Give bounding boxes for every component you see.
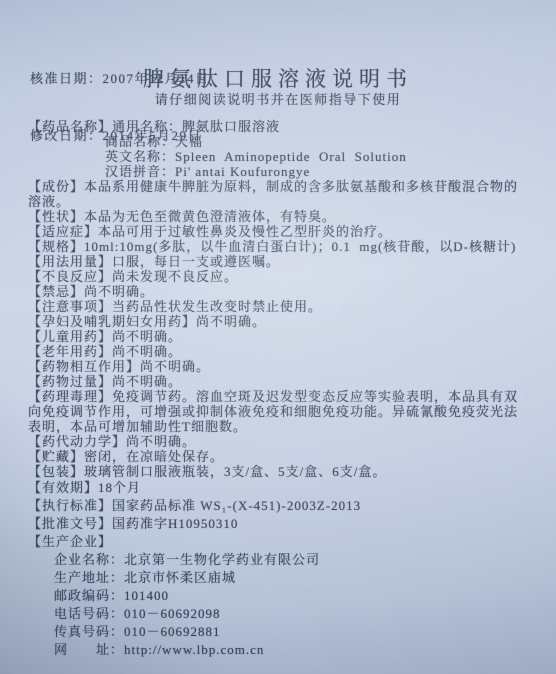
field-pharmacology: 【药理毒理】免疫调节药。溶血空斑及迟发型变态反应等实验表明，本品具有双 <box>28 389 540 404</box>
page-subtitle: 请仔细阅读说明书并在医师指导下使用 <box>0 89 556 108</box>
field-company-name: 企业名称：北京第一生物化学药业有限公司 <box>28 551 540 569</box>
field-storage: 【贮藏】密闭，在凉暗处保存。 <box>28 449 540 464</box>
field-website: 网 址：http://www.lbp.com.cn <box>28 641 540 659</box>
field-elderly-use: 【老年用药】尚不明确。 <box>28 344 540 359</box>
field-composition: 【成份】本品系用健康牛脾脏为原料，制成的含多肽氨基酸和多核苷酸混合物的 <box>28 179 540 194</box>
field-phone: 电话号码：010－60692098 <box>28 605 540 623</box>
field-children-use: 【儿童用药】尚不明确。 <box>28 329 540 344</box>
field-specification: 【规格】10ml:10mg(多肽，以牛血清白蛋白计)；0.1 mg(核苷酸，以D… <box>28 239 540 254</box>
instruction-leaflet-paper: 核准日期：2007年11月14日 修改日期：2014年5月29日 脾氨肽口服溶液… <box>0 0 556 674</box>
field-composition-cont: 溶液。 <box>28 194 540 209</box>
field-description: 【性状】本品为无色至微黄色澄清液体，有特臭。 <box>28 209 540 224</box>
field-pharmacokinetics: 【药代动力学】尚不明确。 <box>28 434 540 449</box>
field-pregnancy-use: 【孕妇及哺乳期妇女用药】尚不明确。 <box>28 314 540 329</box>
leaflet-body: 【药品名称】通用名称：脾氨肽口服溶液 商品名称：天福 英文名称：Spleen A… <box>28 119 540 659</box>
field-indications: 【适应症】本品可用于过敏性鼻炎及慢性乙型肝炎的治疗。 <box>28 224 540 239</box>
field-pharmacology-cont-2: 表明，本品可增加辅助性T细胞数。 <box>28 419 540 434</box>
field-adverse-reactions: 【不良反应】尚未发现不良反应。 <box>28 269 540 284</box>
field-fax: 传真号码：010－60692881 <box>28 623 540 641</box>
field-dosage: 【用法用量】口服，每日一支或遵医嘱。 <box>28 254 540 269</box>
field-address: 生产地址：北京市怀柔区庙城 <box>28 569 540 587</box>
field-postcode: 邮政编码：101400 <box>28 587 540 605</box>
field-standard: 【执行标准】国家药品标准 WS₁-(X-451)-2003Z-2013 <box>28 497 540 515</box>
field-packaging: 【包装】玻璃管制口服液瓶装，3支/盒、5支/盒、6支/盒。 <box>28 464 540 479</box>
field-validity: 【有效期】18个月 <box>28 479 540 497</box>
field-pharmacology-cont-1: 向免疫调节作用，可增强或抑制体液免疫和细胞免疫功能。异硫氰酸免疫荧光法 <box>28 404 540 419</box>
field-drug-name: 【药品名称】通用名称：脾氨肽口服溶液 <box>28 119 540 134</box>
field-trade-name: 商品名称：天福 <box>28 134 540 149</box>
field-drug-interactions: 【药物相互作用】尚不明确。 <box>28 359 540 374</box>
field-overdose: 【药物过量】尚不明确。 <box>28 374 540 389</box>
field-manufacturer: 【生产企业】 <box>28 533 540 551</box>
field-contraindications: 【禁忌】尚不明确。 <box>28 284 540 299</box>
field-approval-number: 【批准文号】国药准字H10950310 <box>28 515 540 533</box>
field-english-name: 英文名称：Spleen Aminopeptide Oral Solution <box>28 149 540 164</box>
leaflet-content: 核准日期：2007年11月14日 修改日期：2014年5月29日 脾氨肽口服溶液… <box>0 0 556 674</box>
field-precautions: 【注意事项】当药品性状发生改变时禁止使用。 <box>28 299 540 314</box>
field-pinyin: 汉语拼音：Pi' antai Koufurongye <box>28 164 540 179</box>
